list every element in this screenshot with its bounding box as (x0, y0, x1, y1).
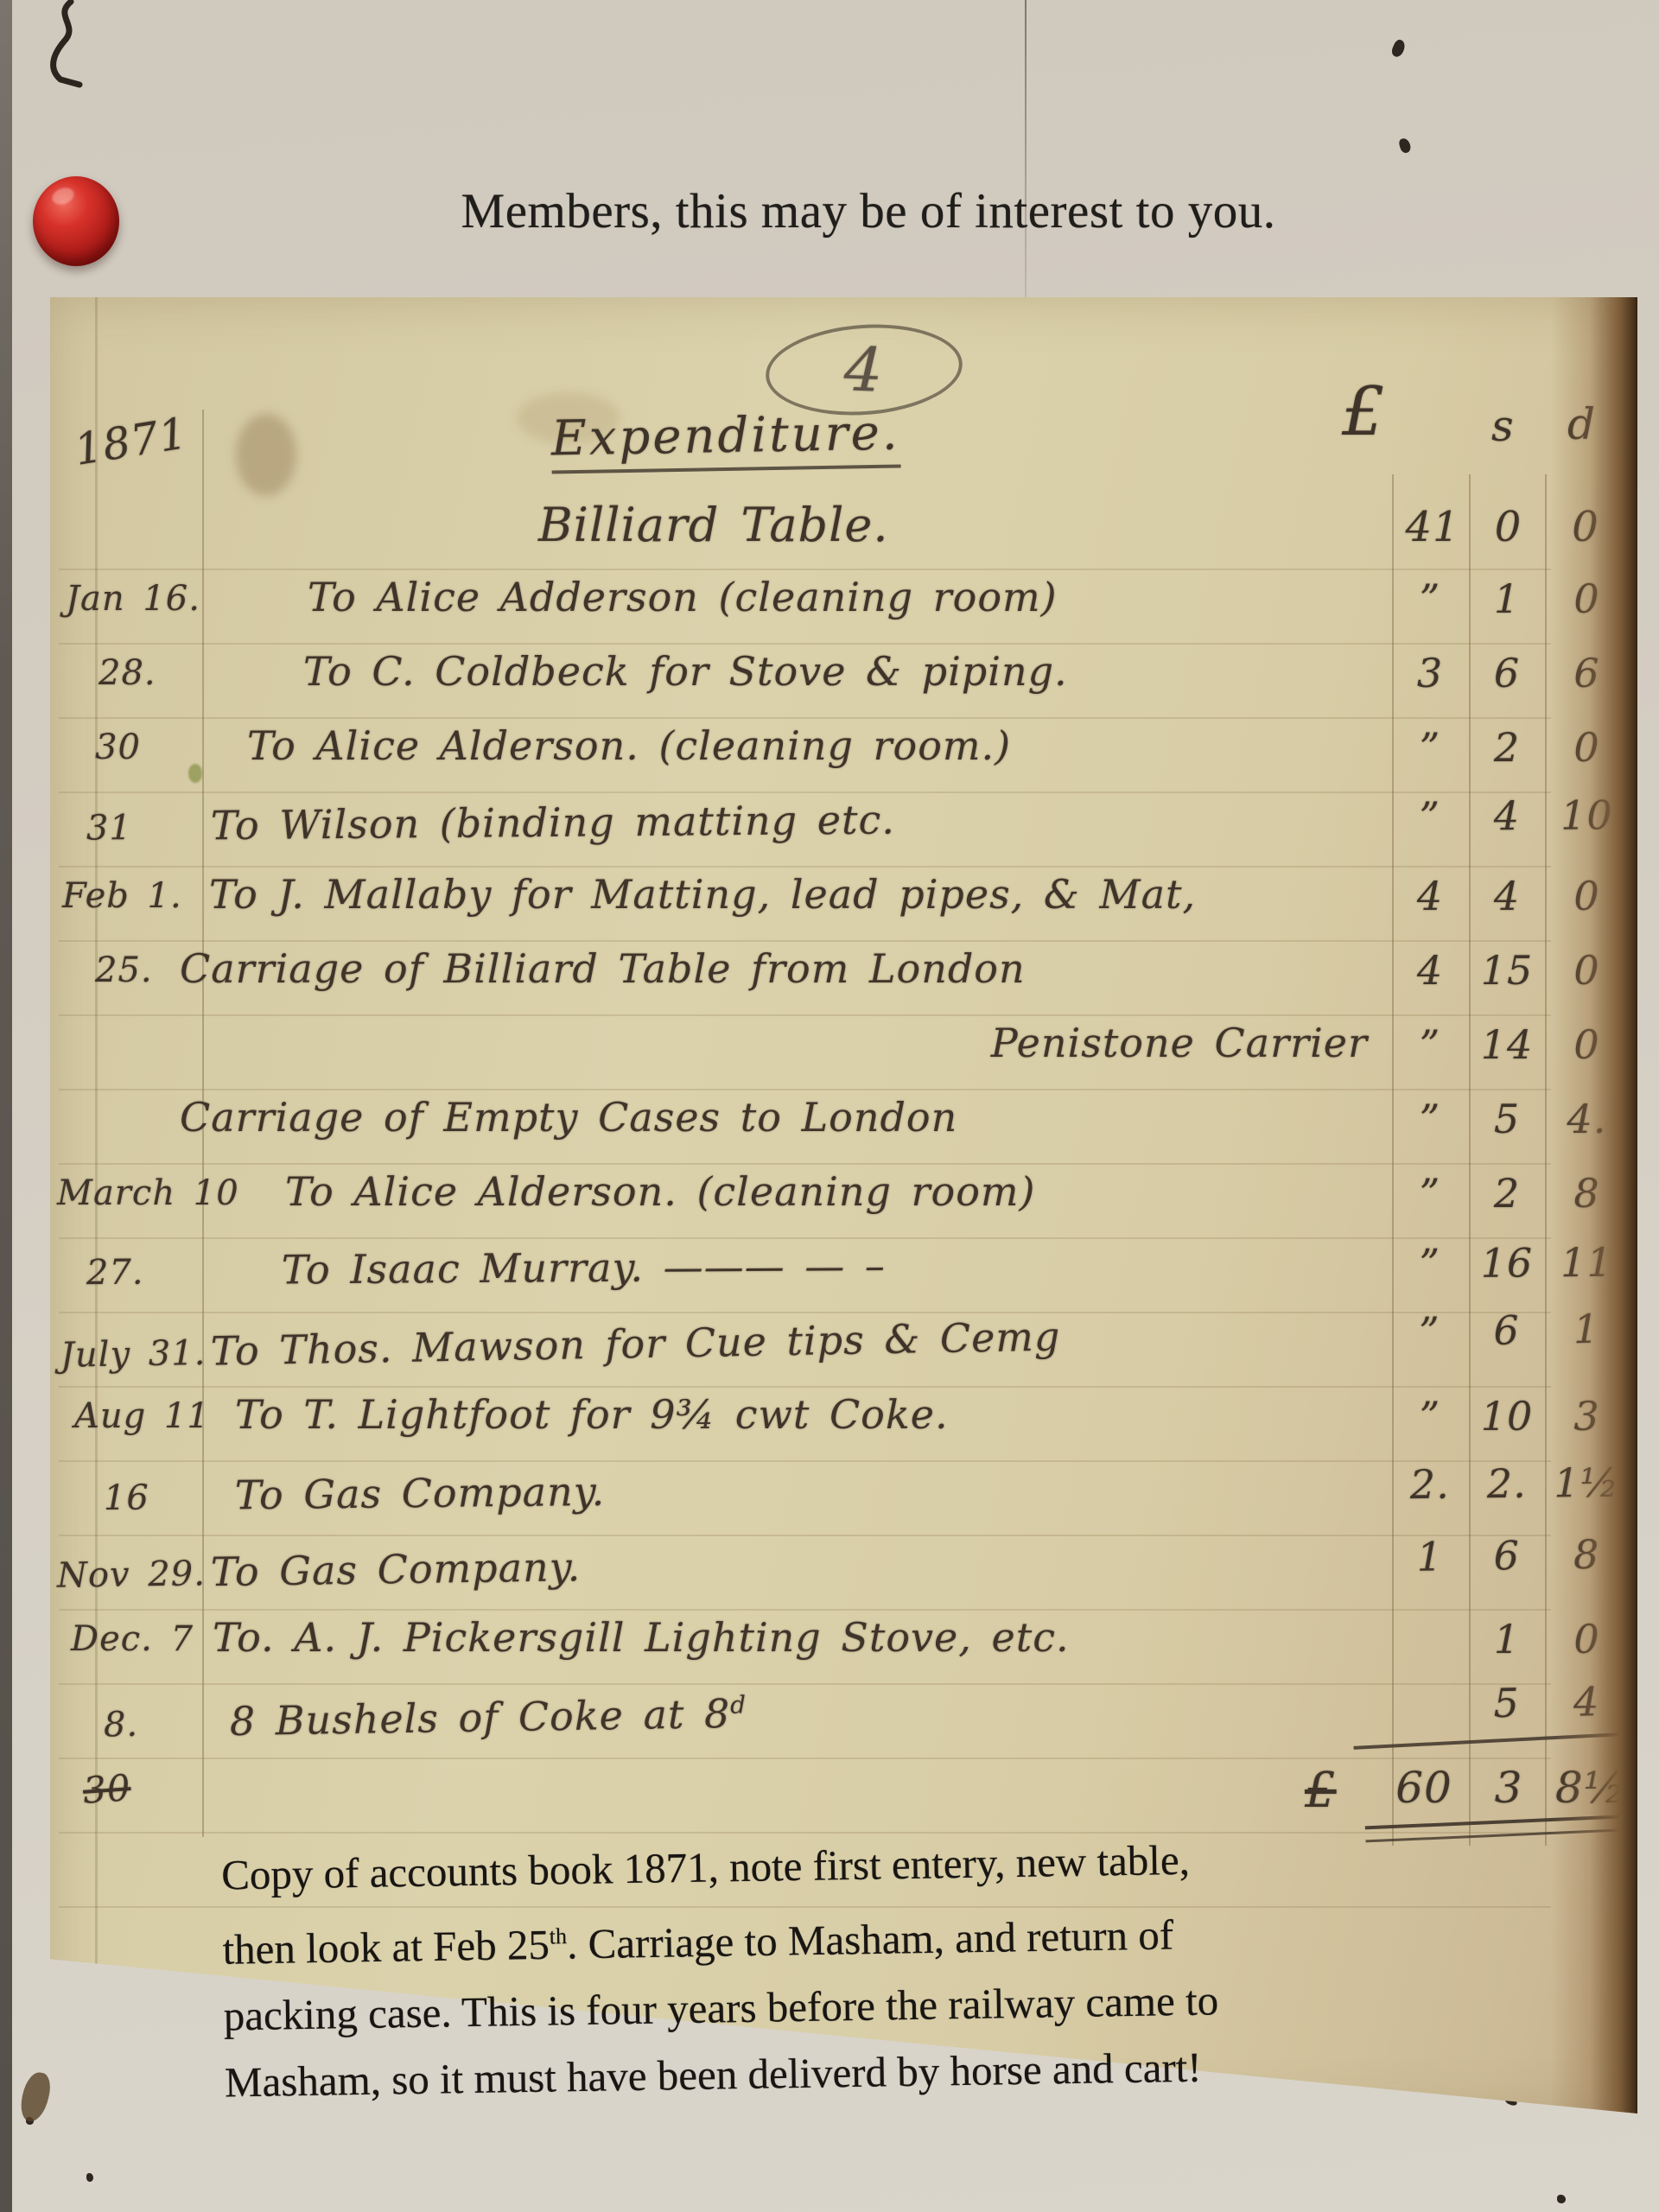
entry-date: 28. (99, 653, 156, 693)
crossed-out-date: 30 (81, 1766, 132, 1812)
entry-pence: 0 (1546, 724, 1628, 771)
entry-date: 16 (104, 1478, 149, 1518)
ledger-heading: Expenditure. (550, 404, 900, 474)
entry-description: To C. Coldbeck for Stove & piping. (303, 648, 1068, 695)
entry-description: To Alice Alderson. (cleaning room.) (247, 722, 1011, 769)
column-header-pence: d (1567, 399, 1596, 449)
entry-date: 8. (104, 1705, 139, 1745)
entry-description: To Thos. Mawson for Cue tips & Cemg (210, 1313, 1060, 1375)
ledger-year: 1871 (71, 408, 191, 475)
printed-caption: Copy of accounts book 1871, note first e… (221, 1822, 1487, 2116)
entry-description: To Alice Adderson (cleaning room) (308, 574, 1058, 620)
entry-pence: 8 (1545, 1530, 1628, 1578)
ledger-row: 31 To Wilson (binding matting etc. ” 4 1… (50, 790, 1638, 878)
entry-shillings: 1 (1470, 575, 1544, 622)
entry-description: Carriage of Empty Cases to London (180, 1094, 957, 1141)
entry-shillings: 2. (1470, 1460, 1545, 1508)
entry-date: Aug 11 (74, 1396, 210, 1436)
entry-description: To. A. J. Pickersgill Lighting Stove, et… (213, 1614, 1070, 1661)
ledger-row: Penistone Carrier ” 14 0 (50, 1020, 1637, 1094)
notice-board-photo: { "header": { "title": "Members, this ma… (0, 0, 1659, 2212)
entry-shillings: 2 (1470, 1170, 1544, 1217)
entry-shillings: 6 (1469, 1306, 1544, 1354)
ledger-row: Jan 16. To Alice Adderson (cleaning room… (50, 574, 1637, 648)
ledger-row: Dec. 7 To. A. J. Pickersgill Lighting St… (50, 1614, 1637, 1688)
ledger-row: March 10 To Alice Alderson. (cleaning ro… (50, 1168, 1637, 1243)
caption-text: . Carriage to Masham, and return of (567, 1911, 1174, 1968)
entry-description-superscript: d (730, 1690, 747, 1719)
entry-pounds: 4 (1391, 873, 1469, 919)
entry-shillings: 6 (1469, 1532, 1544, 1580)
entry-pounds (1390, 1681, 1468, 1681)
entry-pounds: ” (1391, 575, 1469, 622)
entry-date: Jan 16. (66, 579, 200, 619)
ledger-row: 8. 8 Bushels of Coke at 8d 5 4 (49, 1676, 1637, 1776)
page-title: Members, this may be of interest to you. (0, 183, 1659, 239)
entry-pence: 4. (1546, 1096, 1628, 1142)
entry-date: July 31. (60, 1333, 206, 1376)
entry-pence: 0 (1546, 873, 1628, 919)
entry-pence: 8 (1546, 1170, 1628, 1217)
entry-pounds: ” (1391, 1240, 1469, 1287)
entry-description: To Wilson (binding matting etc. (211, 796, 895, 849)
entry-pounds: ” (1390, 1307, 1469, 1356)
corner-scribble (45, 0, 105, 95)
entry-pence: 3 (1546, 1393, 1628, 1440)
entry-pence: 1½ (1546, 1459, 1629, 1506)
ledger-row: Carriage of Empty Cases to London ” 5 4. (50, 1094, 1637, 1168)
entry-date: 31 (86, 808, 132, 848)
paper-crease (1025, 0, 1027, 301)
entry-date: 27. (86, 1253, 144, 1293)
photo-left-edge (0, 0, 12, 2212)
entry-description: To Gas Company. (235, 1468, 606, 1518)
entry-description: To Alice Alderson. (cleaning room) (285, 1168, 1035, 1215)
entry-shillings: 2 (1470, 724, 1544, 771)
total-pounds: 60 (1381, 1763, 1467, 1813)
entry-shillings: 15 (1470, 947, 1544, 994)
entry-pounds: ” (1391, 1021, 1469, 1068)
entry-pence: 4 (1545, 1678, 1628, 1726)
entry-pounds: ” (1391, 1170, 1469, 1217)
paper-stain (236, 414, 296, 496)
ledger-row: Aug 11 To T. Lightfoot for 9¾ cwt Coke. … (50, 1391, 1637, 1465)
column-header-shillings: s (1491, 401, 1515, 451)
entry-shillings: 14 (1470, 1021, 1544, 1068)
entry-date: 25. (95, 950, 153, 990)
entry-pence: 10 (1546, 791, 1628, 839)
ledger-row: 25. Carriage of Billiard Table from Lond… (50, 945, 1637, 1020)
opening-pounds: 41 (1394, 503, 1471, 551)
caption-text: then look at Feb 25 (222, 1921, 550, 1974)
entry-pounds: 4 (1391, 947, 1469, 994)
entry-description: To T. Lightfoot for 9¾ cwt Coke. (235, 1391, 949, 1438)
entry-pence: 11 (1546, 1239, 1628, 1287)
entry-shillings: 10 (1470, 1393, 1544, 1440)
entry-description-text: 8 Bushels of Coke at 8 (229, 1690, 730, 1745)
ledger-row: Feb 1. To J. Mallaby for Matting, lead p… (50, 871, 1637, 945)
entry-pounds: 3 (1391, 650, 1469, 696)
entry-pounds: ” (1391, 1393, 1469, 1440)
total-pence: 8½ (1543, 1763, 1638, 1813)
entry-shillings: 4 (1470, 792, 1544, 840)
entry-shillings: 6 (1470, 650, 1544, 696)
entry-shillings: 4 (1470, 873, 1544, 919)
ledger-entries: Jan 16. To Alice Adderson (cleaning room… (50, 574, 1637, 1846)
entry-pounds: 2. (1391, 1460, 1470, 1508)
entry-date: Dec. 7 (71, 1619, 194, 1659)
ledger-row: 30 To Alice Alderson. (cleaning room.) ”… (50, 722, 1637, 797)
entry-pounds: ” (1391, 793, 1469, 841)
entry-pounds: ” (1391, 1096, 1469, 1142)
entry-shillings: 5 (1470, 1096, 1544, 1142)
entry-date: March 10 (57, 1173, 239, 1213)
entry-description: To Isaac Murray. ——— — – (282, 1243, 886, 1294)
entry-pounds: 1 (1390, 1533, 1469, 1580)
caption-superscript: th (549, 1923, 567, 1948)
opening-pence: 0 (1547, 503, 1624, 551)
total-shillings: 3 (1474, 1763, 1543, 1813)
page-number: 4 (843, 334, 885, 406)
entry-pence: 0 (1546, 1616, 1628, 1662)
entry-description: Carriage of Billiard Table from London (180, 945, 1026, 992)
entry-shillings: 16 (1470, 1239, 1544, 1287)
ledger-subheading: Billiard Table. (538, 498, 888, 552)
entry-description: Penistone Carrier (991, 1020, 1368, 1066)
entry-pence: 0 (1546, 947, 1628, 994)
entry-description: 8 Bushels of Coke at 8d (229, 1690, 747, 1745)
opening-shillings: 0 (1471, 503, 1545, 551)
entry-date: 30 (95, 728, 141, 767)
entry-pence: 0 (1546, 575, 1628, 622)
speck (86, 2173, 93, 2182)
entry-date: Nov 29. (57, 1554, 207, 1595)
entry-shillings: 5 (1469, 1679, 1544, 1726)
total-currency-symbol: £ (1305, 1763, 1337, 1819)
entry-pence: 6 (1546, 650, 1628, 696)
entry-pounds: ” (1391, 724, 1469, 771)
entry-pence: 0 (1546, 1021, 1628, 1068)
column-header-pounds: £ (1342, 373, 1386, 451)
entry-shillings: 1 (1470, 1616, 1544, 1662)
entry-description: To Gas Company. (210, 1543, 581, 1595)
speck (1557, 2195, 1566, 2203)
ledger-row: 28. To C. Coldbeck for Stove & piping. 3… (50, 648, 1637, 722)
entry-description: To J. Mallaby for Matting, lead pipes, &… (209, 871, 1196, 918)
entry-pence: 1 (1545, 1305, 1628, 1353)
entry-date: Feb 1. (62, 876, 182, 916)
